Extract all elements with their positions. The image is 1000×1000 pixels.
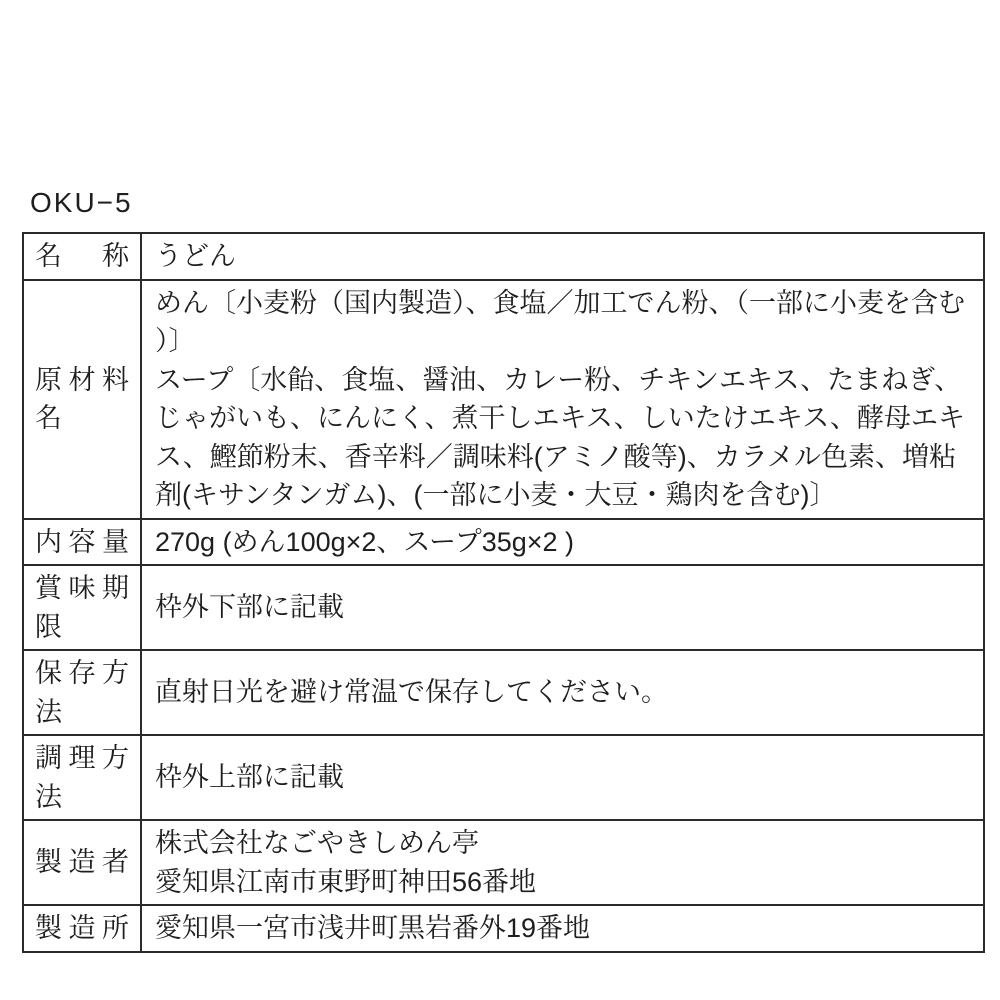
row-cooking-method: 調理方法 枠外上部に記載: [23, 735, 984, 820]
row-storage-method-value: 直射日光を避け常温で保存してください。: [141, 650, 984, 735]
row-factory-label: 製造所: [23, 905, 141, 952]
row-storage-method-label: 保存方法: [23, 650, 141, 735]
row-factory: 製造所 愛知県一宮市浅井町黒岩番外19番地: [23, 905, 984, 952]
row-product-name: 名称 うどん: [23, 233, 984, 280]
row-net-content-value: 270g (めん100g×2、スープ35g×2 ): [141, 519, 984, 566]
row-best-before-value: 枠外下部に記載: [141, 565, 984, 650]
row-net-content: 内容量 270g (めん100g×2、スープ35g×2 ): [23, 519, 984, 566]
food-spec-table: 名称 うどん 原材料名 めん〔小麦粉（国内製造）、食塩／加工でん粉、（一部に小麦…: [22, 232, 985, 953]
row-storage-method: 保存方法 直射日光を避け常温で保存してください。: [23, 650, 984, 735]
row-ingredients-value: めん〔小麦粉（国内製造）、食塩／加工でん粉、（一部に小麦を含む）〕 スープ〔水飴…: [141, 280, 984, 519]
row-manufacturer: 製造者 株式会社なごやきしめん亭 愛知県江南市東野町神田56番地: [23, 820, 984, 905]
row-cooking-method-label: 調理方法: [23, 735, 141, 820]
row-ingredients-label: 原材料名: [23, 280, 141, 519]
product-label-page: OKU−5 名称 うどん 原材料名 めん〔小麦粉（国内製造）、食塩／加工でん粉、…: [0, 0, 1000, 1000]
row-ingredients: 原材料名 めん〔小麦粉（国内製造）、食塩／加工でん粉、（一部に小麦を含む）〕 ス…: [23, 280, 984, 519]
row-cooking-method-value: 枠外上部に記載: [141, 735, 984, 820]
product-code: OKU−5: [30, 188, 133, 219]
row-factory-value: 愛知県一宮市浅井町黒岩番外19番地: [141, 905, 984, 952]
row-best-before-label: 賞味期限: [23, 565, 141, 650]
row-product-name-label: 名称: [23, 233, 141, 280]
row-manufacturer-value: 株式会社なごやきしめん亭 愛知県江南市東野町神田56番地: [141, 820, 984, 905]
row-manufacturer-label: 製造者: [23, 820, 141, 905]
row-best-before: 賞味期限 枠外下部に記載: [23, 565, 984, 650]
row-net-content-label: 内容量: [23, 519, 141, 566]
row-product-name-value: うどん: [141, 233, 984, 280]
